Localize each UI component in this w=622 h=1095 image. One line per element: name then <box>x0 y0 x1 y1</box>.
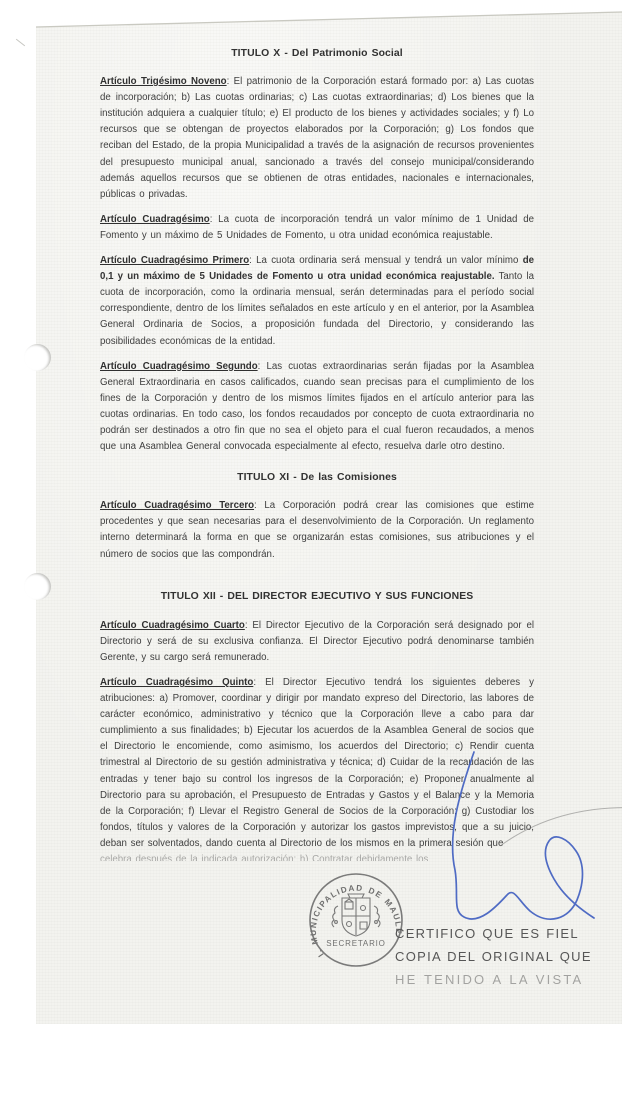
article-42-heading: Artículo Cuadragésimo Segundo <box>100 361 258 372</box>
article-42-body: : Las cuotas extraordinarias serán fijad… <box>100 361 534 452</box>
title-xii-heading: TITULO XII - DEL DIRECTOR EJECUTIVO Y SU… <box>100 589 534 605</box>
article-41-body-post: Tanto la cuota de incorporación, como la… <box>100 271 534 346</box>
article-40-paragraph: Artículo Cuadragésimo: La cuota de incor… <box>100 212 534 244</box>
article-45-paragraph: Artículo Cuadragésimo Quinto: El Directo… <box>100 675 534 852</box>
article-39-body: : El patrimonio de la Corporación estará… <box>100 76 534 200</box>
article-41-body-pre: : La cuota ordinaria será mensual y tend… <box>249 255 523 266</box>
article-43-paragraph: Artículo Cuadragésimo Tercero: La Corpor… <box>100 498 534 562</box>
title-xi-heading: TITULO XI - De las Comisiones <box>100 470 534 486</box>
article-41-heading: Artículo Cuadragésimo Primero <box>100 255 249 266</box>
article-43-heading: Artículo Cuadragésimo Tercero <box>100 500 254 511</box>
title-x-heading: TITULO X - Del Patrimonio Social <box>100 46 534 62</box>
seal-role-text: SECRETARIO <box>326 939 385 948</box>
article-42-paragraph: Artículo Cuadragésimo Segundo: Las cuota… <box>100 359 534 456</box>
cert-stamp-line-1: CERTIFICO QUE ES FIEL <box>395 926 579 942</box>
certification-area: I. MUNICIPALIDAD DE MAULE SECRETARIO <box>100 870 534 1024</box>
article-39-paragraph: Artículo Trigésimo Noveno: El patrimonio… <box>100 74 534 203</box>
article-45-body: : El Director Ejecutivo tendrá los sigui… <box>100 677 534 849</box>
article-44-paragraph: Artículo Cuadragésimo Cuarto: El Directo… <box>100 618 534 666</box>
coat-of-arms-icon <box>332 894 380 936</box>
article-40-heading: Artículo Cuadragésimo <box>100 214 210 225</box>
hole-punch-bottom <box>24 573 51 600</box>
cert-stamp-line-2: COPIA DEL ORIGINAL QUE <box>395 949 592 965</box>
article-45-heading: Artículo Cuadragésimo Quinto <box>100 677 253 688</box>
hole-punch-top <box>24 344 51 371</box>
article-45-clipped-line: celebra después de la indicada autorizac… <box>100 852 534 861</box>
pencil-mark <box>16 39 25 47</box>
article-39-heading: Artículo Trigésimo Noveno <box>100 76 227 87</box>
cert-stamp-line-3: HE TENIDO A LA VISTA <box>395 972 583 988</box>
article-41-paragraph: Artículo Cuadragésimo Primero: La cuota … <box>100 253 534 350</box>
document-body: TITULO X - Del Patrimonio Social Artícul… <box>100 46 534 1024</box>
article-44-heading: Artículo Cuadragésimo Cuarto <box>100 620 245 631</box>
